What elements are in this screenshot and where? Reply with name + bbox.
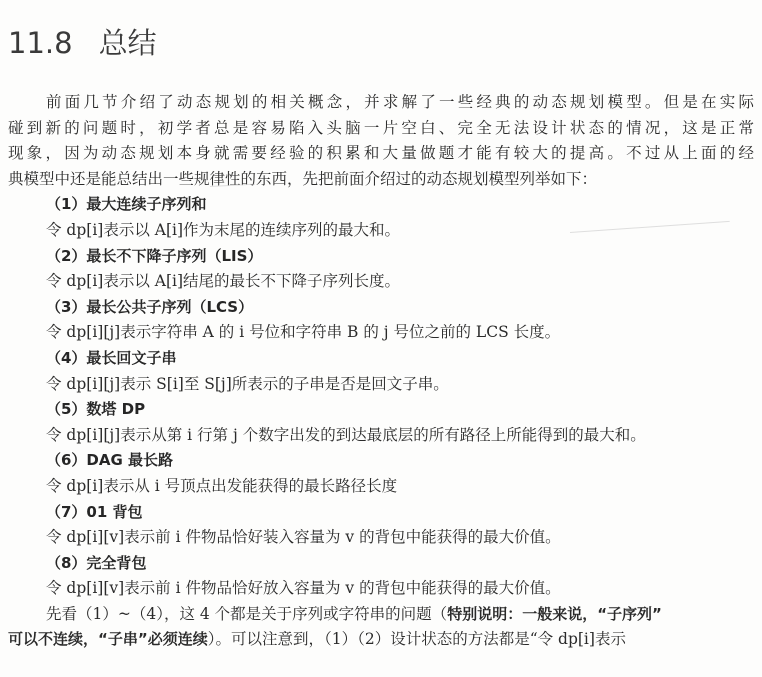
model-list: （1）最大连续子序列和 令 dp[i]表示以 A[i]作为末尾的连续序列的最大和… xyxy=(8,192,758,602)
model-title: （6）DAG 最长路 xyxy=(8,448,758,474)
special-note: 特别说明：一般来说，“子序列” xyxy=(447,605,662,623)
model-desc: 令 dp[i]表示以 A[i]作为末尾的连续序列的最大和。 xyxy=(8,218,758,244)
conclusion-line: 可以不连续，“子串”必须连续）。可以注意到，（1）（2）设计状态的方法都是“令 … xyxy=(8,627,758,653)
intro-line: 碰到新的问题时，初学者总是容易陷入头脑一片空白、完全无法设计状态的情况，这是正常 xyxy=(8,116,754,142)
conclusion-line: 先看（1）~（4），这 4 个都是关于序列或字符串的问题（特别说明：一般来说，“… xyxy=(8,602,758,628)
model-item: （1）最大连续子序列和 令 dp[i]表示以 A[i]作为末尾的连续序列的最大和… xyxy=(8,192,758,243)
model-item: （4）最长回文子串 令 dp[i][j]表示 S[i]至 S[j]所表示的子串是… xyxy=(8,346,758,397)
special-note: 可以不连续，“子串”必须连续 xyxy=(8,630,208,648)
model-item: （2）最长不下降子序列（LIS） 令 dp[i]表示以 A[i]结尾的最长不下降… xyxy=(8,244,758,295)
intro-line: 现象，因为动态规划本身就需要经验的积累和大量做题才能有较大的提高。不过从上面的经 xyxy=(8,141,754,167)
conclusion-paragraph: 先看（1）~（4），这 4 个都是关于序列或字符串的问题（特别说明：一般来说，“… xyxy=(8,602,758,653)
model-title: （4）最长回文子串 xyxy=(8,346,758,372)
model-item: （6）DAG 最长路 令 dp[i]表示从 i 号顶点出发能获得的最长路径长度 xyxy=(8,448,758,499)
body-text: 前面几节介绍了动态规划的相关概念，并求解了一些经典的动态规划模型。但是在实际 碰… xyxy=(8,90,758,653)
section-heading: 11.8总结 xyxy=(8,21,157,62)
model-title: （2）最长不下降子序列（LIS） xyxy=(8,244,758,270)
model-desc: 令 dp[i][j]表示 S[i]至 S[j]所表示的子串是否是回文子串。 xyxy=(8,372,758,398)
intro-line: 前面几节介绍了动态规划的相关概念，并求解了一些经典的动态规划模型。但是在实际 xyxy=(8,90,754,116)
model-title: （7）01 背包 xyxy=(8,500,758,526)
model-item: （3）最长公共子序列（LCS） 令 dp[i][j]表示字符串 A 的 i 号位… xyxy=(8,295,758,346)
model-title: （5）数塔 DP xyxy=(8,397,758,423)
document-page: 11.8总结 前面几节介绍了动态规划的相关概念，并求解了一些经典的动态规划模型。… xyxy=(0,0,762,677)
conclusion-text: 先看（1）~（4），这 4 个都是关于序列或字符串的问题（ xyxy=(46,605,447,623)
model-desc: 令 dp[i][v]表示前 i 件物品恰好装入容量为 v 的背包中能获得的最大价… xyxy=(8,525,758,551)
model-desc: 令 dp[i][j]表示从第 i 行第 j 个数字出发的到达最底层的所有路径上所… xyxy=(8,423,758,449)
model-title: （8）完全背包 xyxy=(8,551,758,577)
model-desc: 令 dp[i][j]表示字符串 A 的 i 号位和字符串 B 的 j 号位之前的… xyxy=(8,320,758,346)
model-item: （5）数塔 DP 令 dp[i][j]表示从第 i 行第 j 个数字出发的到达最… xyxy=(8,397,758,448)
intro-line: 典模型中还是能总结出一些规律性的东西，先把前面介绍过的动态规划模型列举如下： xyxy=(8,167,758,193)
model-desc: 令 dp[i][v]表示前 i 件物品恰好放入容量为 v 的背包中能获得的最大价… xyxy=(8,576,758,602)
model-item: （8）完全背包 令 dp[i][v]表示前 i 件物品恰好放入容量为 v 的背包… xyxy=(8,551,758,602)
section-number: 11.8 xyxy=(8,26,73,60)
model-title: （3）最长公共子序列（LCS） xyxy=(8,295,758,321)
model-title: （1）最大连续子序列和 xyxy=(8,192,758,218)
model-item: （7）01 背包 令 dp[i][v]表示前 i 件物品恰好装入容量为 v 的背… xyxy=(8,500,758,551)
model-desc: 令 dp[i]表示从 i 号顶点出发能获得的最长路径长度 xyxy=(8,474,758,500)
model-desc: 令 dp[i]表示以 A[i]结尾的最长不下降子序列长度。 xyxy=(8,269,758,295)
conclusion-text: ）。可以注意到，（1）（2）设计状态的方法都是“令 dp[i]表示 xyxy=(208,630,626,648)
section-title: 总结 xyxy=(99,26,157,60)
intro-paragraph: 前面几节介绍了动态规划的相关概念，并求解了一些经典的动态规划模型。但是在实际 碰… xyxy=(8,90,758,192)
